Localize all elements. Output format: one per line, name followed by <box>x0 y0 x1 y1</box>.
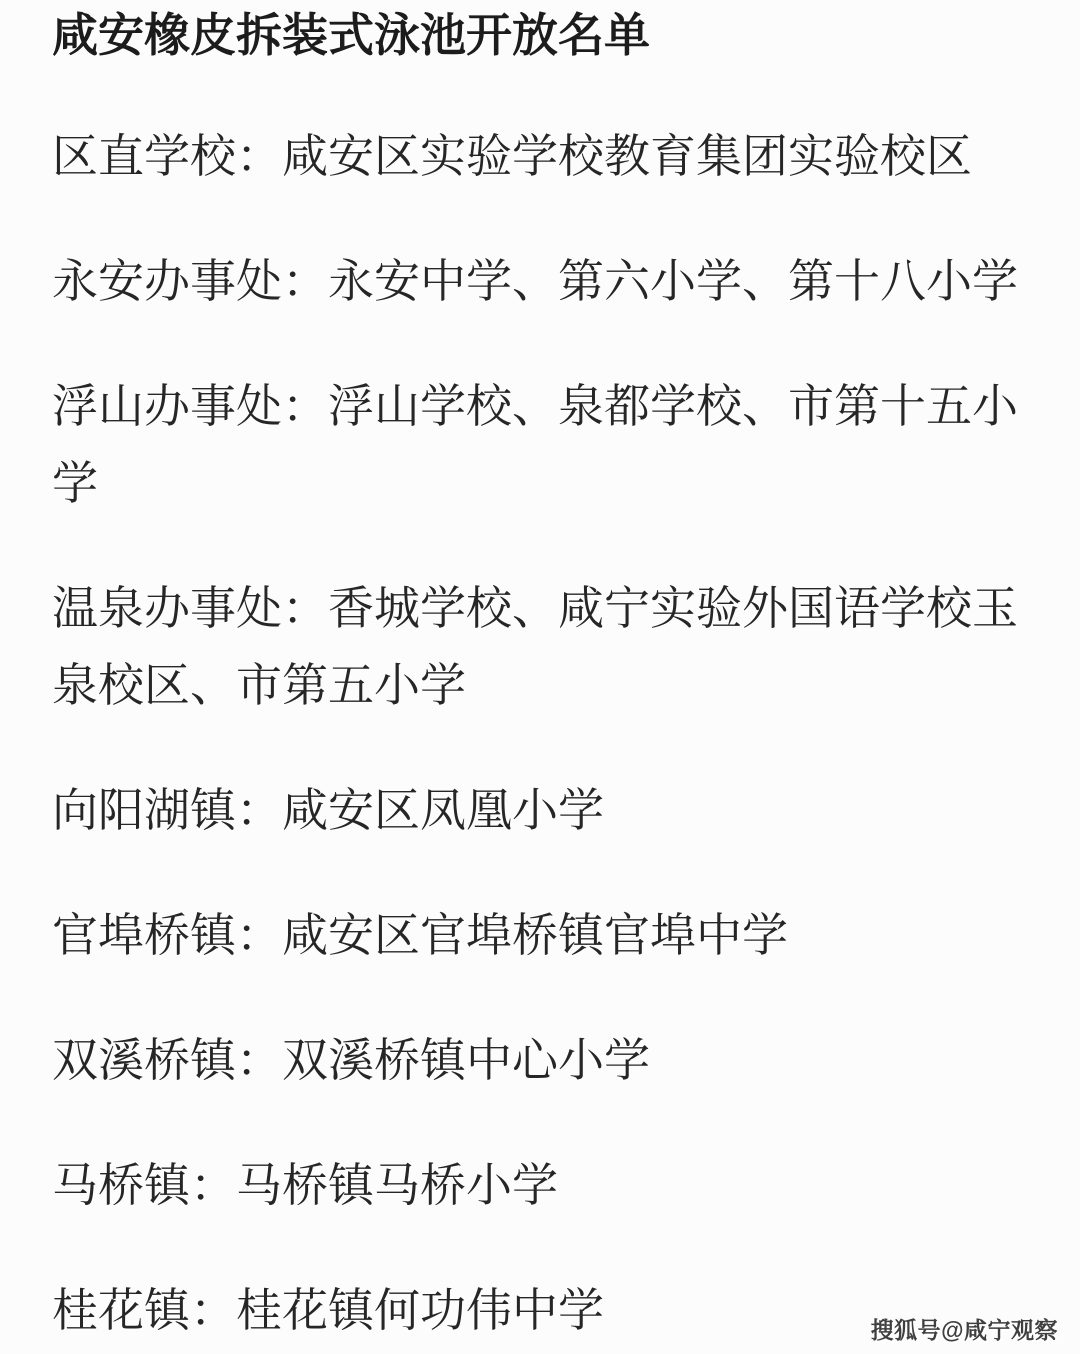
paragraph: 向阳湖镇：咸安区凤凰小学 <box>52 772 1032 849</box>
paragraph: 官埠桥镇：咸安区官埠桥镇官埠中学 <box>52 897 1032 974</box>
paragraph: 永安办事处：永安中学、第六小学、第十八小学 <box>52 243 1032 320</box>
document-body: 区直学校：咸安区实验学校教育集团实验校区永安办事处：永安中学、第六小学、第十八小… <box>52 118 1032 1349</box>
paragraph: 马桥镇：马桥镇马桥小学 <box>52 1147 1032 1224</box>
paragraph: 温泉办事处：香城学校、咸宁实验外国语学校玉泉校区、市第五小学 <box>52 570 1032 724</box>
page-title: 咸安橡皮拆装式泳池开放名单 <box>52 6 1032 64</box>
paragraph: 区直学校：咸安区实验学校教育集团实验校区 <box>52 118 1032 195</box>
paragraph: 浮山办事处：浮山学校、泉都学校、市第十五小学 <box>52 368 1032 522</box>
paragraph: 双溪桥镇：双溪桥镇中心小学 <box>52 1022 1032 1099</box>
document-page: 咸安橡皮拆装式泳池开放名单 区直学校：咸安区实验学校教育集团实验校区永安办事处：… <box>0 0 1080 1349</box>
sohu-watermark: 搜狐号@咸宁观察 <box>871 1312 1058 1345</box>
